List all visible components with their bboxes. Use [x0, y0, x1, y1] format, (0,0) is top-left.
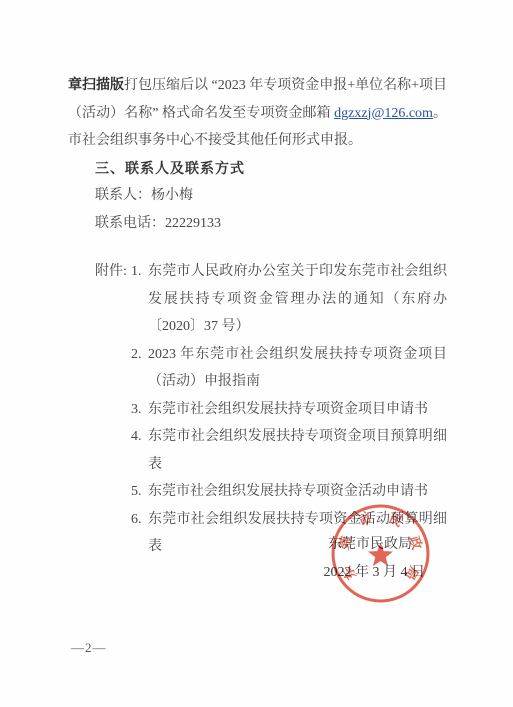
contact-person-line: 联系人：杨小梅: [95, 182, 447, 210]
attachment-item: 3. 东莞市社会组织发展扶持专项资金项目申请书: [131, 396, 447, 424]
svg-text:莞: 莞: [335, 534, 354, 551]
attachment-number: 1.: [131, 258, 148, 341]
document-page: 章扫描版打包压缩后以 “2023 年专项资金申报+单位名称+项目（活动）名称” …: [0, 0, 513, 707]
attachment-item: 5. 东莞市社会组织发展扶持专项资金活动申请书: [131, 478, 447, 506]
attachment-title: 东莞市社会组织发展扶持专项资金项目预算明细表: [148, 423, 447, 478]
official-seal-icon: 东莞市民政局: [330, 503, 431, 604]
attachment-number: 4.: [131, 423, 148, 478]
document-body: 章扫描版打包压缩后以 “2023 年专项资金申报+单位名称+项目（活动）名称” …: [68, 72, 447, 561]
attachment-title: 东莞市人民政府办公室关于印发东莞市社会组织发展扶持专项资金管理办法的通知（东府办…: [148, 258, 447, 341]
attachment-number: 5.: [131, 478, 148, 506]
attachment-title: 2023 年东莞市社会组织发展扶持专项资金项目（活动）申报指南: [148, 341, 447, 396]
section-heading-contacts: 三、联系人及联系方式: [95, 155, 447, 183]
paragraph-submission: 章扫描版打包压缩后以 “2023 年专项资金申报+单位名称+项目（活动）名称” …: [68, 72, 447, 155]
page-number: —2—: [71, 634, 107, 662]
svg-text:政: 政: [407, 534, 426, 552]
attachment-title: 东莞市社会组织发展扶持专项资金项目申请书: [148, 396, 447, 424]
attachment-title: 东莞市社会组织发展扶持专项资金活动申请书: [148, 478, 447, 506]
attachment-number: 3.: [131, 396, 148, 424]
paragraph-bold-lead: 章扫描版: [68, 78, 124, 93]
attachment-number: 2.: [131, 341, 148, 396]
contact-phone-line: 联系电话：22229133: [95, 210, 447, 238]
attachment-item: 1. 东莞市人民政府办公室关于印发东莞市社会组织发展扶持专项资金管理办法的通知（…: [131, 258, 447, 341]
svg-text:民: 民: [387, 510, 405, 529]
seal-star-icon: [368, 542, 393, 566]
attachment-item: 4. 东莞市社会组织发展扶持专项资金项目预算明细表: [131, 423, 447, 478]
attachment-item: 2. 2023 年东莞市社会组织发展扶持专项资金项目（活动）申报指南: [131, 341, 447, 396]
email-link[interactable]: dgzxzj@126.com: [334, 106, 433, 121]
attachments-label: 附件:: [95, 258, 131, 561]
